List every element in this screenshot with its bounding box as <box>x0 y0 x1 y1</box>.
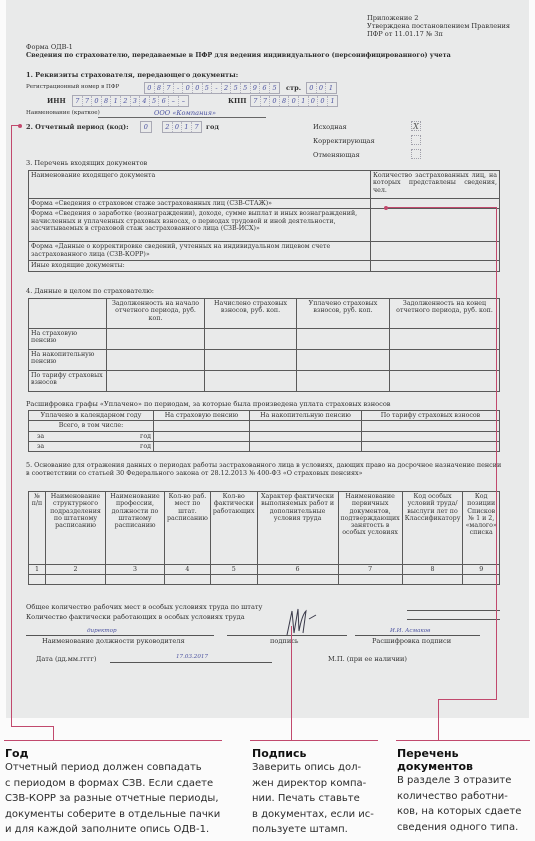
total-places-label: Общее количество рабочих мест в особых у… <box>26 603 262 611</box>
digit-box: - <box>212 83 222 93</box>
position-line <box>26 635 214 636</box>
column-number: 7 <box>338 565 402 575</box>
position-label: Наименование должности руководителя <box>42 637 185 645</box>
digit-box: 0 <box>317 83 327 93</box>
digit-box: 7 <box>73 96 83 106</box>
docs-row-other: Иные входящие документы: <box>29 261 371 271</box>
docs-row-szv-isx: Форма «Сведения о заработке (вознагражде… <box>29 209 371 242</box>
annotation-documents-text: В разделе 3 отразитеколичество работни-к… <box>397 773 521 835</box>
callout-line-signature <box>291 626 292 740</box>
column-header: Задолженность на начало отчетного период… <box>107 299 205 329</box>
digit-box: 0 <box>145 83 155 93</box>
amount-cell[interactable] <box>297 329 390 350</box>
section1-title: 1. Реквизиты страхователя, передающего д… <box>26 71 238 79</box>
section2-title: 2. Отчетный период (код): <box>26 123 129 131</box>
amount-cell[interactable] <box>297 350 390 371</box>
annotation-documents: Переченьдокументов В разделе 3 отразитек… <box>397 747 521 835</box>
amount-cell[interactable] <box>205 371 297 392</box>
table-row: На страховую пенсию <box>29 329 500 350</box>
kpp-field[interactable]: 770801001 <box>250 95 338 107</box>
approved-label: Утверждена постановлением Правления <box>367 22 510 30</box>
docs-count-cell[interactable] <box>371 209 500 242</box>
amount-cell[interactable] <box>362 431 500 441</box>
digit-box: 5 <box>150 96 160 106</box>
digit-box: 8 <box>155 83 165 93</box>
date-line <box>110 662 272 663</box>
column-header: Наименование структурного подразделения … <box>46 492 106 565</box>
column-header: Задолженность на конец отчетного периода… <box>390 299 500 329</box>
callout-line <box>386 207 496 208</box>
digit-box: 3 <box>131 96 141 106</box>
date-value[interactable]: 17.03.2017 <box>176 654 208 661</box>
breakdown-table: Уплачено в календарном годуНа страховую … <box>28 410 500 452</box>
type-cancel-checkbox[interactable] <box>411 149 421 159</box>
annotation-year: Год Отчетный период должен совпадатьс пе… <box>5 747 220 838</box>
digit-box: 0 <box>270 96 280 106</box>
year-field[interactable]: 2017 <box>162 121 202 133</box>
section4-title: 4. Данные в целом по страхователю: <box>26 287 154 295</box>
column-header <box>29 299 107 329</box>
signature-scribble <box>284 605 324 639</box>
table-row: загод <box>29 441 500 451</box>
digit-box: 2 <box>121 96 131 106</box>
breakdown-title: Расшифровка графы «Уплачено» по периодам… <box>26 400 391 408</box>
digit-box: 4 <box>140 96 150 106</box>
digit-box: 0 <box>193 83 203 93</box>
column-number: 9 <box>463 565 500 575</box>
docs-row-szv-stazh: Форма «Сведения о страховом стаже застра… <box>29 199 371 209</box>
amount-cell[interactable] <box>205 329 297 350</box>
digit-box: – <box>179 96 189 106</box>
annotation-signature: Подпись Заверить опись дол-жен директор … <box>252 747 374 838</box>
column-header: На страховую пенсию <box>154 411 250 421</box>
period-code-value: 0 <box>141 122 151 132</box>
amount-cell[interactable] <box>154 441 250 451</box>
column-header: Начислено страховых взносов, руб. коп. <box>205 299 297 329</box>
entry-cell[interactable] <box>165 575 211 585</box>
amount-cell[interactable] <box>250 431 362 441</box>
column-header: Наименование первичных документов, подтв… <box>338 492 402 565</box>
section5-title: 5. Основание для отражения данных о пери… <box>26 461 504 477</box>
page-label: стр. <box>286 84 301 92</box>
digit-box: 5 <box>241 83 251 93</box>
entry-cell[interactable] <box>402 575 463 585</box>
type-cancel-label: Отменяющая <box>313 151 360 159</box>
digit-box: 7 <box>192 122 202 132</box>
column-header: № п/п <box>29 492 46 565</box>
pfr-ref-label: ПФР от 11.01.17 № 3п <box>367 30 443 38</box>
annotation-year-text: Отчетный период должен совпадатьс период… <box>5 760 220 838</box>
amount-cell[interactable] <box>154 431 250 441</box>
column-header: Код позиции Списков № 1 и 2, «малого» сп… <box>463 492 500 565</box>
digit-box: 7 <box>164 83 174 93</box>
column-number: 5 <box>210 565 257 575</box>
callout-line <box>438 699 497 700</box>
amount-cell[interactable] <box>107 371 205 392</box>
amount-cell[interactable] <box>154 421 250 431</box>
incoming-docs-table: Наименование входящего документа Количес… <box>28 170 500 272</box>
row-header: На страховую пенсию <box>29 329 107 350</box>
docs-count-cell[interactable] <box>371 261 500 271</box>
digit-box: 5 <box>203 83 213 93</box>
position-value[interactable]: директор <box>87 628 117 635</box>
table-row <box>29 575 500 585</box>
entry-cell[interactable] <box>106 575 165 585</box>
amount-cell[interactable] <box>362 441 500 451</box>
column-number: 6 <box>257 565 338 575</box>
digit-box: 5 <box>231 83 241 93</box>
digit-box: 1 <box>328 96 338 106</box>
digit-box: 1 <box>111 96 121 106</box>
digit-box: – <box>169 96 179 106</box>
kpp-label: КПП <box>228 97 246 105</box>
callout-line <box>11 125 20 126</box>
annotation-year-title: Год <box>5 747 220 760</box>
row-header: По тарифу страховых взносов <box>29 371 107 392</box>
table-row: загод <box>29 431 500 441</box>
reg-number-label: Регистрационный номер в ПФР <box>26 84 119 91</box>
entry-cell[interactable] <box>338 575 402 585</box>
page-field[interactable]: 001 <box>306 82 337 94</box>
type-initial-label: Исходная <box>313 123 347 131</box>
docs-header-count: Количество застрахованных лиц, на которы… <box>371 171 500 199</box>
callout-line <box>438 699 439 740</box>
signer-value[interactable]: И.И. Асмаков <box>390 628 430 635</box>
type-initial-checkbox[interactable]: X <box>411 121 421 131</box>
amount-cell[interactable] <box>107 329 205 350</box>
callout-underline-signature <box>250 740 378 741</box>
digit-box: 0 <box>309 96 319 106</box>
special-conditions-table: № п/пНаименование структурного подраздел… <box>28 491 500 585</box>
column-number: 4 <box>165 565 211 575</box>
digit-box: 8 <box>280 96 290 106</box>
callout-underline-docs <box>396 740 530 741</box>
digit-box: 1 <box>299 96 309 106</box>
column-number: 1 <box>29 565 46 575</box>
digit-box: 1 <box>182 122 192 132</box>
company-name-value[interactable]: ООО «Компания» <box>154 109 216 117</box>
digit-box: 7 <box>261 96 271 106</box>
company-name-underline <box>98 117 266 118</box>
annotation-signature-title: Подпись <box>252 747 374 760</box>
digit-box: 2 <box>163 122 173 132</box>
digit-box: 9 <box>251 83 261 93</box>
reg-number-field[interactable]: 087-005-255965 <box>144 82 280 94</box>
callout-line <box>496 207 497 699</box>
form-title: Сведения по страхователю, передаваемые в… <box>26 51 451 59</box>
date-label: Дата (дд.мм.гггг) <box>36 655 97 663</box>
signer-line <box>355 635 480 636</box>
amount-cell[interactable] <box>362 421 500 431</box>
entry-cell[interactable] <box>46 575 106 585</box>
total-label: Всего, в том числе: <box>29 421 154 431</box>
amount-cell[interactable] <box>297 371 390 392</box>
amount-cell[interactable] <box>107 350 205 371</box>
column-header: Характер фактически выполняемых работ и … <box>257 492 338 565</box>
column-number: 3 <box>106 565 165 575</box>
type-corrective-checkbox[interactable] <box>411 135 421 145</box>
digit-box: 0 <box>307 83 317 93</box>
amount-cell[interactable] <box>205 350 297 371</box>
digit-box: 0 <box>183 83 193 93</box>
callout-line <box>11 726 53 727</box>
year-row-label[interactable]: загод <box>29 431 154 441</box>
column-header: Уплачено в календарном году <box>29 411 154 421</box>
inn-field[interactable]: 7708123456–– <box>72 95 189 107</box>
form-name: Форма ОДВ-1 <box>26 43 73 51</box>
annotation-documents-title: Переченьдокументов <box>397 747 521 773</box>
callout-line <box>53 726 54 740</box>
company-name-label: Наименование (краткое) <box>26 110 100 117</box>
stamp-label: М.П. (при ее наличии) <box>328 655 407 663</box>
digit-box: 0 <box>92 96 102 106</box>
column-header: Наименование профессии, должности по шта… <box>106 492 165 565</box>
digit-box: 6 <box>159 96 169 106</box>
entry-cell[interactable] <box>463 575 500 585</box>
amount-cell[interactable] <box>250 441 362 451</box>
digit-box: 0 <box>318 96 328 106</box>
column-header: Кол-во фактически работающих <box>210 492 257 565</box>
entry-cell[interactable] <box>210 575 257 585</box>
entry-cell[interactable] <box>257 575 338 585</box>
table-row: На накопительную пенсию <box>29 350 500 371</box>
digit-box: 5 <box>270 83 280 93</box>
column-number: 8 <box>402 565 463 575</box>
column-number: 2 <box>46 565 106 575</box>
period-code-field[interactable]: 0 <box>140 121 152 133</box>
digit-box: 0 <box>289 96 299 106</box>
digit-box: 0 <box>173 122 183 132</box>
column-header: По тарифу страховых взносов <box>362 411 500 421</box>
digit-box: 1 <box>326 83 336 93</box>
type-corrective-label: Корректирующая <box>313 137 375 145</box>
docs-header-name: Наименование входящего документа <box>29 171 371 199</box>
digit-box: 2 <box>222 83 232 93</box>
digit-box: 8 <box>102 96 112 106</box>
section3-title: 3. Перечень входящих документов <box>26 159 147 167</box>
digit-box: 6 <box>260 83 270 93</box>
amount-cell[interactable] <box>390 350 500 371</box>
total-places-line[interactable] <box>407 610 500 611</box>
digit-box: 7 <box>251 96 261 106</box>
column-header: Уплачено страховых взносов, руб. коп. <box>297 299 390 329</box>
amount-cell[interactable] <box>390 371 500 392</box>
column-header: Код особых условий труда/ выслуги лет по… <box>402 492 463 565</box>
callout-underline-year <box>4 740 222 741</box>
callout-line <box>11 125 12 727</box>
docs-row-szv-korr: Форма «Данные о корректировке сведений, … <box>29 242 371 261</box>
amount-cell[interactable] <box>390 329 500 350</box>
column-header: На накопительную пенсию <box>250 411 362 421</box>
inn-label: ИНН <box>47 97 66 105</box>
docs-count-cell[interactable] <box>371 242 500 261</box>
digit-box: 7 <box>83 96 93 106</box>
digit-box: - <box>174 83 184 93</box>
appendix-label: Приложение 2 <box>367 14 418 22</box>
annotation-signature-text: Заверить опись дол-жен директор компа-ни… <box>252 760 374 838</box>
year-label: год <box>206 123 219 131</box>
column-header: Кол-во раб. мест по штат. расписанию <box>165 492 211 565</box>
entry-cell[interactable] <box>29 575 46 585</box>
table-row: По тарифу страховых взносов <box>29 371 500 392</box>
signer-label: Расшифровка подписи <box>372 637 451 645</box>
amount-cell[interactable] <box>250 421 362 431</box>
year-row-label[interactable]: загод <box>29 441 154 451</box>
insurer-data-table: Задолженность на начало отчетного период… <box>28 298 500 392</box>
actual-workers-label: Количество фактически работающих в особы… <box>26 613 245 621</box>
row-header: На накопительную пенсию <box>29 350 107 371</box>
actual-workers-line[interactable] <box>407 619 500 620</box>
